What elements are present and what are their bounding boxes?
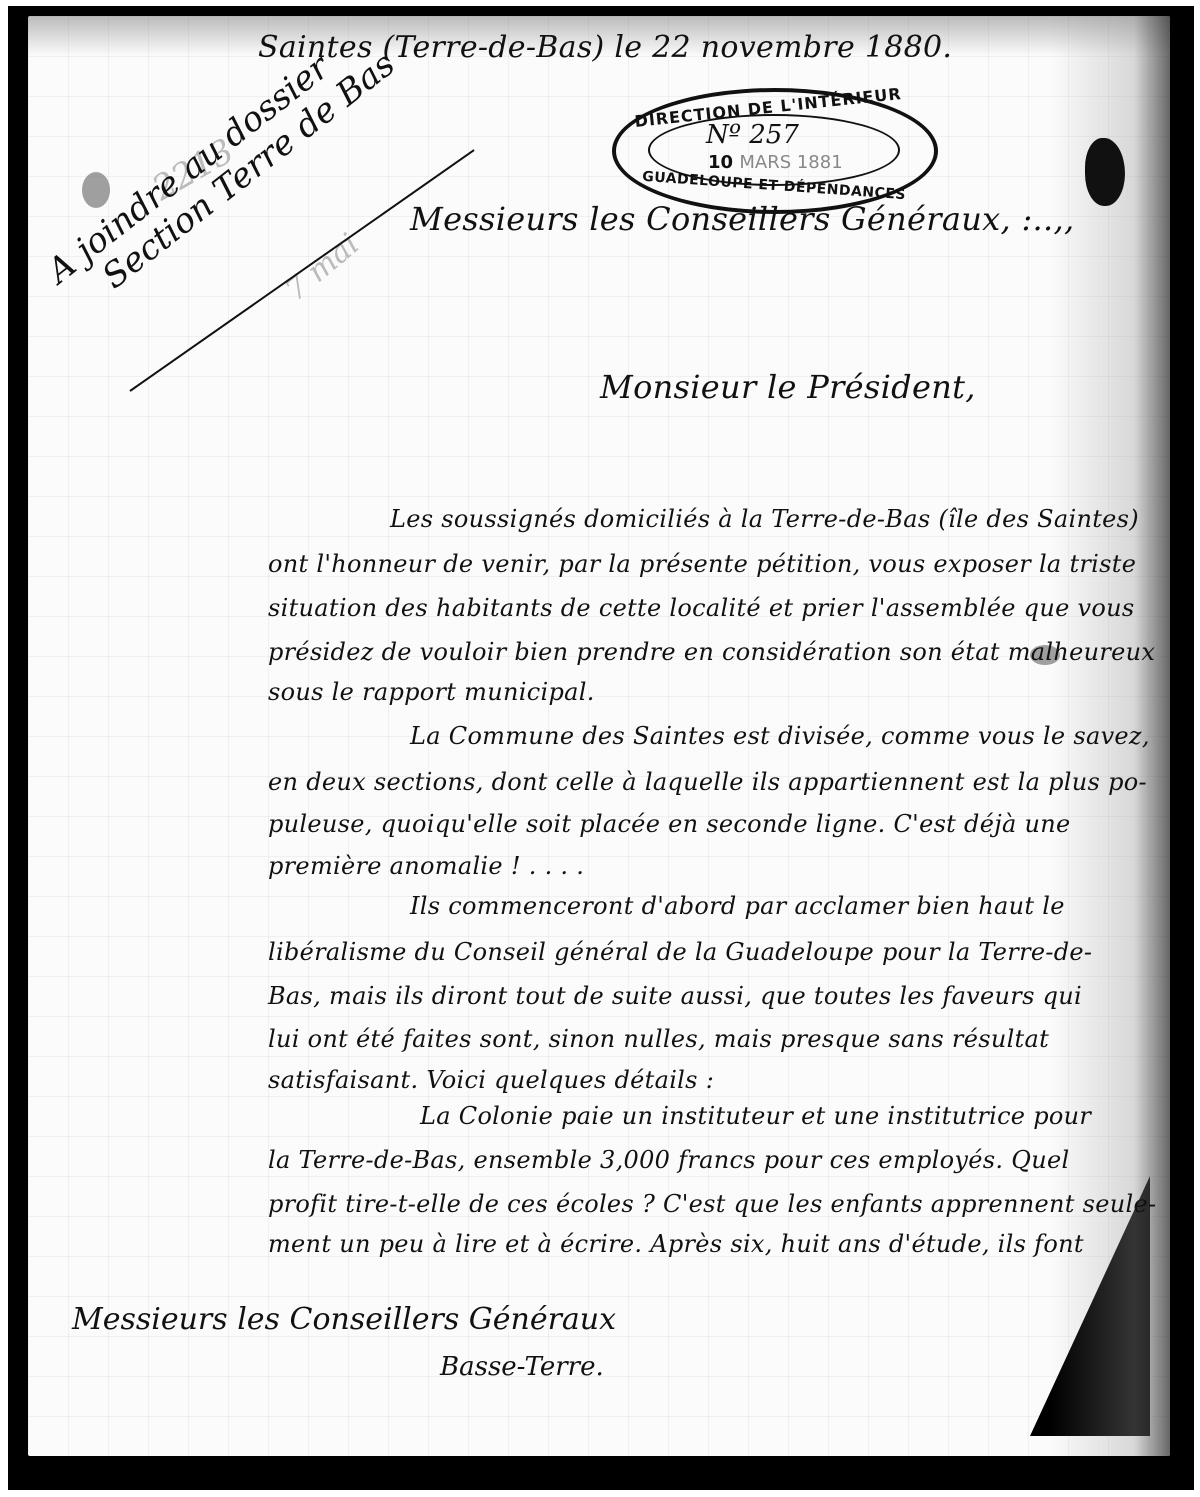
body-line: situation des habitants de cette localit… (268, 594, 1135, 622)
body-line: en deux sections, dont celle à laquelle … (268, 768, 1147, 796)
ink-smudge (82, 172, 110, 208)
body-line: Ils commenceront d'abord par acclamer bi… (410, 892, 1065, 920)
addressee-city: Basse-Terre. (440, 1352, 604, 1382)
body-line: profit tire-t-elle de ces écoles ? C'est… (268, 1190, 1156, 1218)
body-line: ont l'honneur de venir, par la présente … (268, 550, 1136, 578)
body-line: ment un peu à lire et à écrire. Après si… (268, 1230, 1084, 1258)
body-line: La Colonie paie un instituteur et une in… (420, 1102, 1091, 1130)
body-line: La Commune des Saintes est divisée, comm… (410, 722, 1150, 750)
body-line: première anomalie ! . . . . (268, 852, 584, 880)
body-line: Bas, mais ils diront tout de suite aussi… (268, 982, 1082, 1010)
body-line: présidez de vouloir bien prendre en cons… (268, 638, 1155, 666)
body-line: satisfaisant. Voici quelques détails : (268, 1066, 714, 1094)
stamp-date-day: 10 (708, 152, 733, 173)
body-line: la Terre-de-Bas, ensemble 3,000 francs p… (268, 1146, 1069, 1174)
addressee-line: Messieurs les Conseillers Généraux (72, 1302, 616, 1337)
ink-blot (1085, 138, 1125, 206)
stamp-date: 10 MARS 1881 (708, 152, 843, 173)
body-line: puleuse, quoiqu'elle soit placée en seco… (268, 810, 1071, 838)
stamp-number: Nº 257 (706, 120, 799, 150)
stamp-date-month-year: MARS 1881 (739, 152, 842, 173)
body-line: Les soussignés domiciliés à la Terre-de-… (390, 505, 1139, 533)
body-line: sous le rapport municipal. (268, 678, 595, 706)
salutation-council: Messieurs les Conseillers Généraux, :..,… (410, 200, 1074, 238)
direction-interieur-stamp: DIRECTION DE L'INTÉRIEUR Nº 257 10 MARS … (612, 88, 938, 214)
body-line: lui ont été faites sont, sinon nulles, m… (268, 1025, 1049, 1053)
salutation-president: Monsieur le Président, (600, 368, 976, 406)
body-line: libéralisme du Conseil général de la Gua… (268, 938, 1092, 966)
